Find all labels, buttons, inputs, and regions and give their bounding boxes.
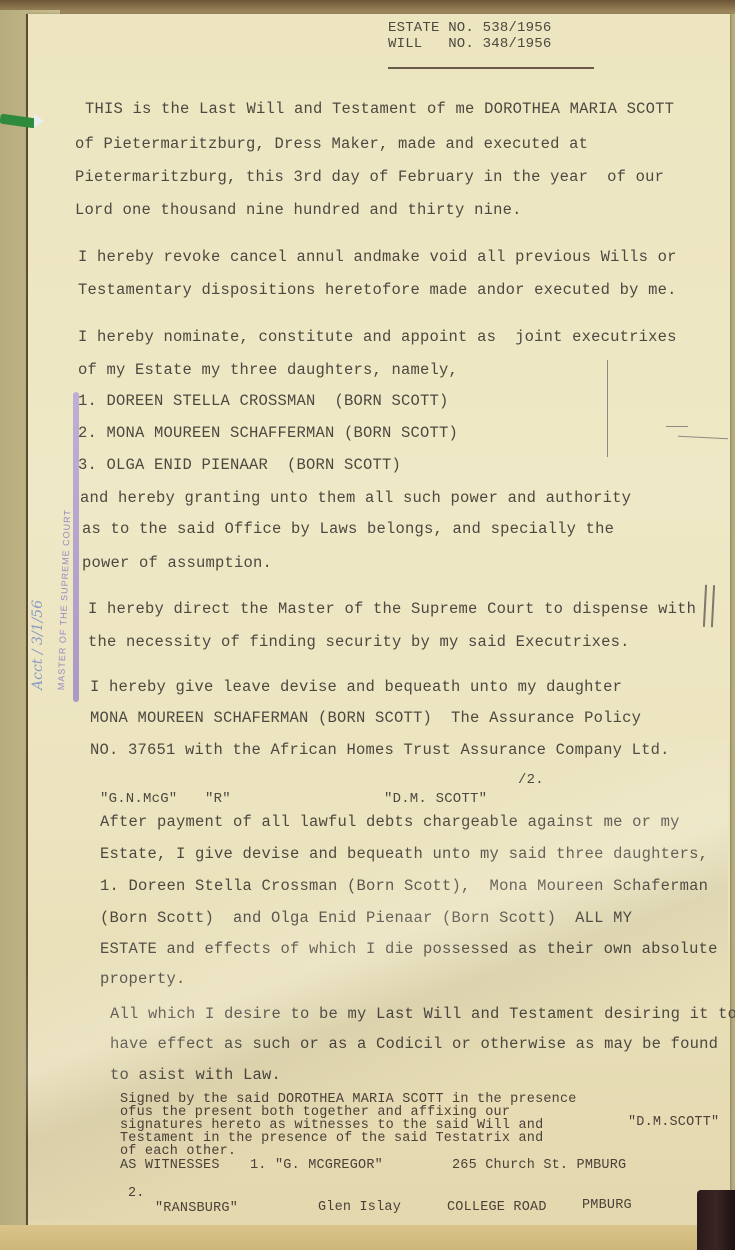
- body-line: have effect as such or as a Codicil or o…: [110, 1035, 718, 1053]
- body-line: 1. Doreen Stella Crossman (Born Scott), …: [100, 877, 708, 895]
- executrix-item: 1. DOREEN STELLA CROSSMAN (BORN SCOTT): [78, 392, 449, 410]
- tag-tip-icon: [34, 114, 44, 128]
- pencil-mark: [666, 426, 688, 427]
- estate-number: ESTATE NO. 538/1956: [388, 20, 551, 36]
- body-line: I hereby direct the Master of the Suprem…: [88, 600, 696, 618]
- body-line: MONA MOUREEN SCHAFERMAN (BORN SCOTT) The…: [90, 709, 641, 727]
- page-marker: /2.: [518, 772, 544, 788]
- handwritten-margin-note: Acct / 3/1/56: [30, 460, 60, 690]
- body-line: Pietermaritzburg, this 3rd day of Februa…: [75, 168, 664, 186]
- witness-label: AS WITNESSES: [120, 1159, 220, 1172]
- witness-1-name: "G. MCGREGOR": [275, 1159, 383, 1172]
- body-line: After payment of all lawful debts charge…: [100, 813, 680, 831]
- binder-clip: [697, 1190, 735, 1250]
- witness-2-name: "RANSBURG": [155, 1202, 238, 1215]
- body-line: the necessity of finding security by my …: [88, 633, 630, 651]
- initials-witness-1: "G.N.McG": [100, 791, 177, 807]
- body-line: as to the said Office by Laws belongs, a…: [82, 520, 614, 538]
- pencil-mark: [607, 360, 608, 457]
- body-line: property.: [100, 970, 186, 988]
- witness-2-address-2: COLLEGE ROAD: [447, 1201, 547, 1214]
- body-line: NO. 37651 with the African Homes Trust A…: [90, 741, 670, 759]
- body-line: power of assumption.: [82, 554, 272, 572]
- witness-2-number: 2.: [128, 1187, 145, 1200]
- witness-1-number: 1.: [250, 1159, 267, 1172]
- body-line: I hereby give leave devise and bequeath …: [90, 678, 622, 696]
- witness-1-address: 265 Church St. PMBURG: [452, 1159, 626, 1172]
- body-line: I hereby nominate, constitute and appoin…: [78, 328, 677, 346]
- witness-2-address-1: Glen Islay: [318, 1201, 401, 1214]
- body-line: Testamentary dispositions heretofore mad…: [78, 281, 677, 299]
- header-underline: [388, 67, 594, 69]
- body-line: Estate, I give devise and bequeath unto …: [100, 845, 708, 863]
- page-bottom-edge: [0, 1225, 735, 1250]
- body-line: and hereby granting unto them all such p…: [80, 489, 631, 507]
- executrix-item: 2. MONA MOUREEN SCHAFFERMAN (BORN SCOTT): [78, 424, 458, 442]
- body-line: I hereby revoke cancel annul andmake voi…: [78, 248, 677, 266]
- will-number: WILL NO. 348/1956: [388, 36, 551, 52]
- body-line: ESTATE and effects of which I die posses…: [100, 940, 718, 958]
- body-line: of Pietermaritzburg, Dress Maker, made a…: [75, 135, 588, 153]
- witness-2-address-3: PMBURG: [582, 1199, 632, 1212]
- folder-edge: [0, 0, 735, 14]
- executrix-item: 3. OLGA ENID PIENAAR (BORN SCOTT): [78, 456, 401, 474]
- body-line: (Born Scott) and Olga Enid Pienaar (Born…: [100, 909, 632, 927]
- initials-witness-2: "R": [205, 791, 231, 807]
- initials-testatrix: "D.M. SCOTT": [384, 791, 487, 807]
- body-line: All which I desire to be my Last Will an…: [110, 1005, 735, 1023]
- body-line: THIS is the Last Will and Testament of m…: [85, 100, 674, 118]
- attestation-line: of each other.: [120, 1145, 236, 1158]
- body-line: Lord one thousand nine hundred and thirt…: [75, 201, 522, 219]
- testatrix-signature: "D.M.SCOTT": [628, 1116, 719, 1129]
- body-line: of my Estate my three daughters, namely,: [78, 361, 458, 379]
- body-line: to asist with Law.: [110, 1066, 281, 1084]
